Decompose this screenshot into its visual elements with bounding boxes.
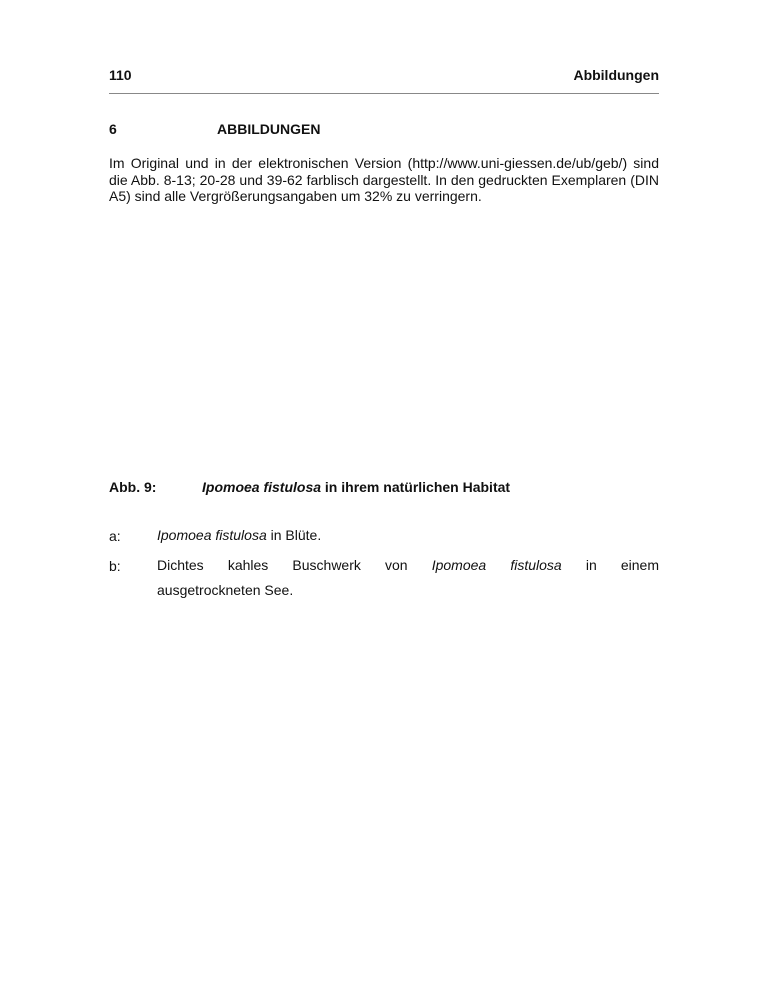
page-number: 110 xyxy=(109,67,132,83)
item-a-label: a: xyxy=(109,528,121,544)
section-number: 6 xyxy=(109,121,117,137)
figure-label: Abb. 9: xyxy=(109,479,156,495)
item-b-species: Ipomoea fistulosa xyxy=(432,557,562,573)
intro-paragraph: Im Original und in der elektronischen Ve… xyxy=(109,155,659,205)
item-b-label: b: xyxy=(109,558,121,574)
item-b-text: Dichtes kahles Buschwerk von Ipomoea fis… xyxy=(157,553,659,603)
figure-title-rest: in ihrem natürlichen Habitat xyxy=(321,479,510,495)
item-a-species: Ipomoea fistulosa xyxy=(157,527,267,543)
header-rule xyxy=(109,93,659,94)
item-b-line2: ausgetrockneten See. xyxy=(157,578,659,603)
figure-title-species: Ipomoea fistulosa xyxy=(202,479,321,495)
item-a-text: Ipomoea fistulosa in Blüte. xyxy=(157,523,659,548)
section-title: ABBILDUNGEN xyxy=(217,121,320,137)
item-a-rest: in Blüte. xyxy=(267,527,321,543)
item-b-line1: Dichtes kahles Buschwerk von Ipomoea fis… xyxy=(157,553,659,578)
figure-title: Ipomoea fistulosa in ihrem natürlichen H… xyxy=(202,479,510,495)
running-head: Abbildungen xyxy=(573,67,659,83)
